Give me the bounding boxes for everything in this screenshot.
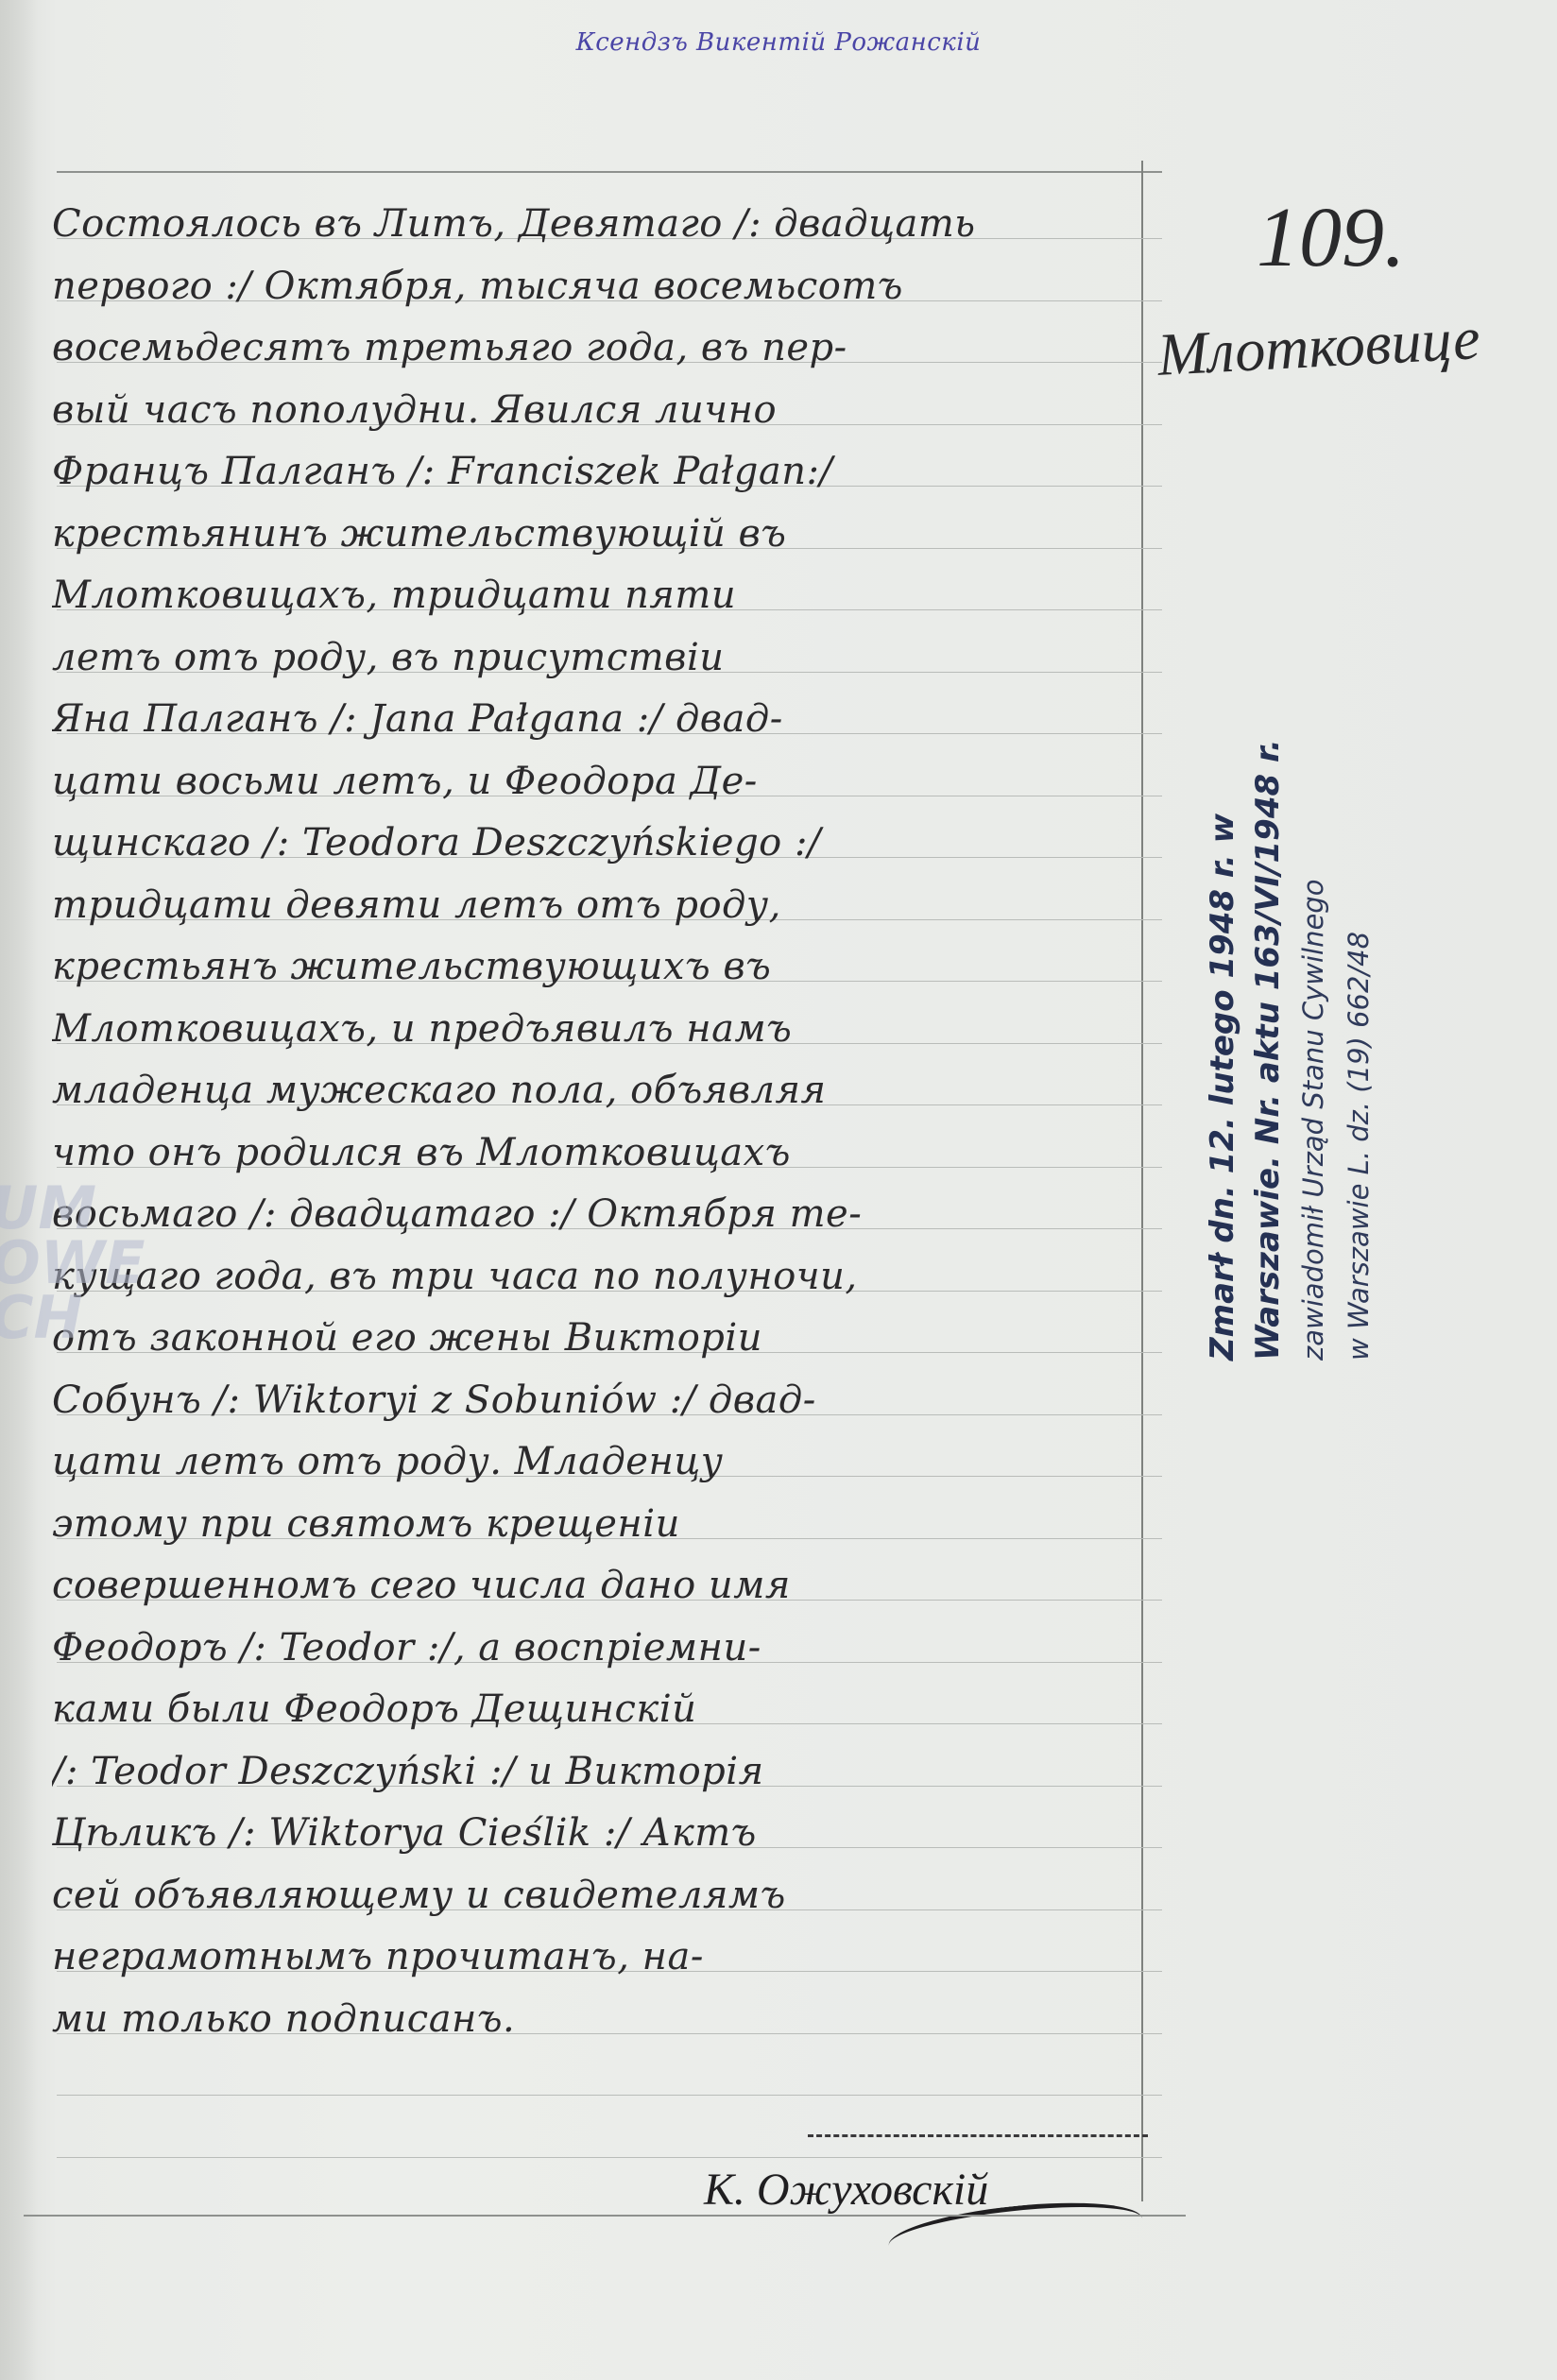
record-line: крестьянъ жительствующихъ въ	[52, 936, 1138, 999]
record-line: Францъ Палганъ /: Franciszek Pałgan:/	[52, 441, 1138, 504]
record-line: цати летъ отъ роду. Младенцу	[52, 1431, 1138, 1494]
archive-watermark: UM OWE CH	[0, 1181, 145, 1345]
record-line: Цѣликъ /: Wiktorya Cieślik :/ Актъ	[52, 1803, 1138, 1865]
record-line: крестьянинъ жительствующій въ	[52, 504, 1138, 566]
village-name: Млотковице	[1155, 303, 1481, 390]
ruled-line	[57, 2095, 1162, 2096]
record-line: Млотковицахъ, и предъявилъ намъ	[52, 999, 1138, 1061]
record-line: восьмаго /: двадцатаго :/ Октября те-	[52, 1184, 1138, 1246]
record-line: Млотковицахъ, тридцати пяти	[52, 565, 1138, 627]
bottom-rule-line	[24, 2215, 1186, 2217]
record-line: летъ отъ роду, въ присутствіи	[52, 627, 1138, 690]
annotation-line: Warszawie. Nr. aktu 163/VI/1948 r.	[1245, 557, 1291, 1361]
record-line: этому при святомъ крещеніи	[52, 1494, 1138, 1556]
entry-number: 109.	[1257, 189, 1406, 286]
closing-dash-line	[808, 2132, 1148, 2137]
record-line: Собунъ /: Wiktoryi z Sobuniów :/ двад-	[52, 1370, 1138, 1432]
record-line: совершенномъ сего числа дано имя	[52, 1555, 1138, 1618]
ruled-line	[57, 2157, 1162, 2158]
record-line: Яна Палганъ /: Jana Pałgana :/ двад-	[52, 689, 1138, 751]
record-line: ми только подписанъ.	[52, 1989, 1138, 2051]
annotation-line: w Warszawie L. dz. (19) 662/48	[1336, 557, 1381, 1361]
record-line: восемьдесятъ третьяго года, въ пер-	[52, 317, 1138, 380]
record-line: Феодоръ /: Teodor :/, а воспріемни-	[52, 1618, 1138, 1680]
annotation-line: zawiadomił Urząd Stanu Cywilnego	[1291, 557, 1336, 1361]
record-line: неграмотнымъ прочитанъ, на-	[52, 1926, 1138, 1989]
record-body: Состоялось въ Литъ, Девятаго /: двадцать…	[52, 194, 1138, 2050]
record-line: Состоялось въ Литъ, Девятаго /: двадцать	[52, 194, 1138, 256]
register-page: Ксендзъ Викентій Рожанскій Состоялось въ…	[0, 0, 1557, 2380]
record-line: отъ законной его жены Викторіи	[52, 1308, 1138, 1370]
annotation-line: Zmarł dn. 12. lutego 1948 r. w	[1200, 557, 1245, 1361]
record-line: первого :/ Октября, тысяча восемьсотъ	[52, 256, 1138, 318]
watermark-line: CH	[0, 1291, 145, 1345]
priest-header-stamp: Ксендзъ Викентій Рожанскій	[0, 28, 1557, 57]
record-line: щинскаго /: Teodora Deszczyńskiego :/	[52, 813, 1138, 875]
record-line: /: Teodor Deszczyński :/ и Викторія	[52, 1741, 1138, 1804]
record-line: что онъ родился въ Млотковицахъ	[52, 1122, 1138, 1185]
priest-signature: К. Ожуховскій	[704, 2164, 988, 2216]
record-line: цати восьми летъ, и Феодора Де-	[52, 751, 1138, 813]
record-line: кущаго года, въ три часа по полуночи,	[52, 1246, 1138, 1309]
top-rule-line	[57, 171, 1162, 173]
record-line: тридцати девяти летъ отъ роду,	[52, 875, 1138, 937]
margin-rule-line	[1141, 161, 1143, 2201]
record-line: младенца мужескаго пола, объявляя	[52, 1060, 1138, 1122]
record-line: ками были Феодоръ Дещинскій	[52, 1679, 1138, 1741]
death-annotation: Zmarł dn. 12. lutego 1948 r. w Warszawie…	[1200, 557, 1540, 1361]
record-line: сей объявляющему и свидетелямъ	[52, 1865, 1138, 1927]
record-line: вый часъ пополудни. Явился лично	[52, 380, 1138, 442]
